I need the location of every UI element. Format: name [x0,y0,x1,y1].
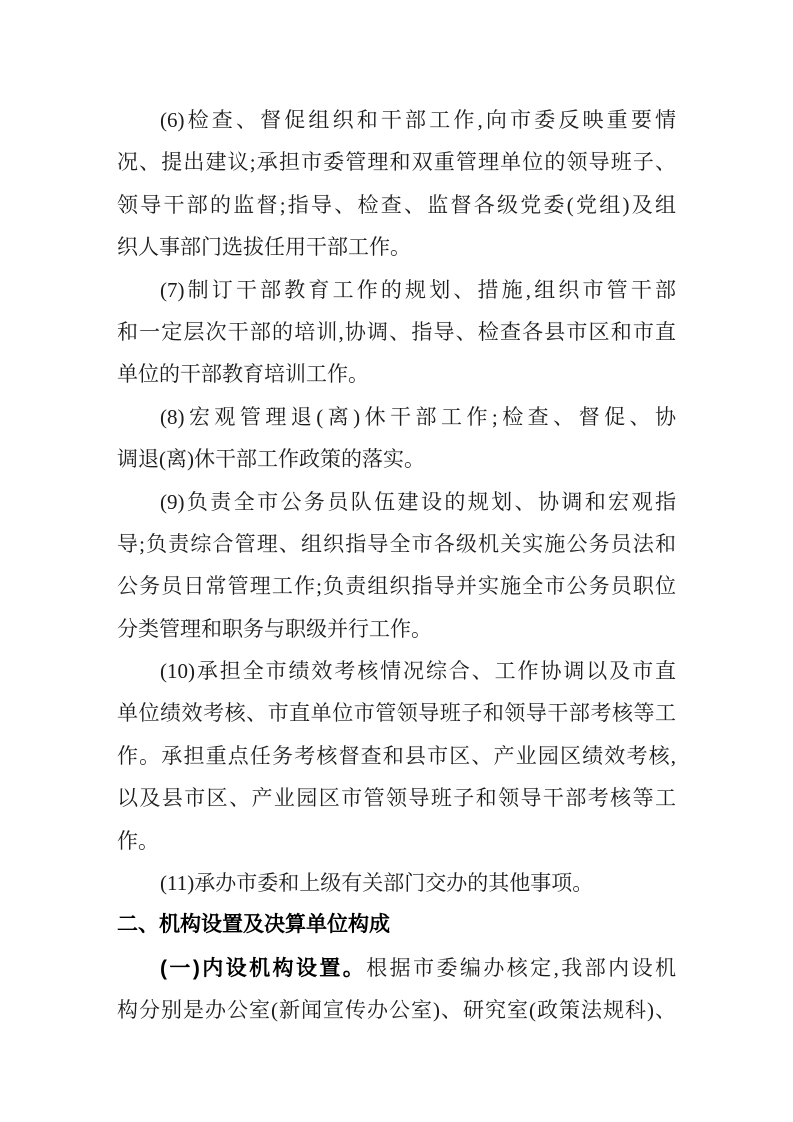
body-text: (7)制订干部教育工作的规划、措施,组织市管干部 [160,278,676,302]
text-line: 领导干部的监督;指导、检查、监督各级党委(党组)及组 [117,184,676,226]
paragraph-item-9: (9)负责全市公务员队伍建设的规划、协调和宏观指导;负责综合管理、组织指导全市各… [117,481,676,651]
body-text: 织人事部门选拔任用干部工作。 [117,235,411,259]
body-text: 根据市委编办核定,我部内设机 [366,956,676,980]
text-line: (7)制订干部教育工作的规划、措施,组织市管干部 [117,269,676,311]
text-line: 以及县市区、产业园区市管领导班子和领导干部考核等工 [117,777,676,819]
text-line: 构分别是办公室(新闻宣传办公室)、研究室(政策法规科)、 [117,989,676,1031]
text-line: 调退(离)休干部工作政策的落实。 [117,438,676,480]
text-line: 导;负责综合管理、组织指导全市各级机关实施公务员法和 [117,523,676,565]
paragraph-item-11: (11)承办市委和上级有关部门交办的其他事项。 [117,862,676,904]
paragraph-item-7: (7)制订干部教育工作的规划、措施,组织市管干部和一定层次干部的培训,协调、指导… [117,269,676,396]
body-text: 公务员日常管理工作;负责组织指导并实施全市公务员职位 [117,574,676,598]
text-line: (6)检查、督促组织和干部工作,向市委反映重要情 [117,99,676,141]
body-text: 构分别是办公室(新闻宣传办公室)、研究室(政策法规科)、 [117,998,676,1022]
paragraph-item-8: (8)宏观管理退(离)休干部工作;检查、督促、协调退(离)休干部工作政策的落实。 [117,396,676,481]
body-text: 单位绩效考核、市直单位市管领导班子和领导干部考核等工 [117,701,676,725]
section-heading-2: 二、机构设置及决算单位构成 [117,904,676,946]
paragraph-item-10: (10)承担全市绩效考核情况综合、工作协调以及市直单位绩效考核、市直单位市管领导… [117,650,676,862]
body-text: (11)承办市委和上级有关部门交办的其他事项。 [160,871,593,895]
body-text: 作。承担重点任务考核督查和县市区、产业园区绩效考核, [117,744,676,768]
text-line: 公务员日常管理工作;负责组织指导并实施全市公务员职位 [117,565,676,607]
body-text: 况、提出建议;承担市委管理和双重管理单位的领导班子、 [117,150,676,174]
document-page: (6)检查、督促组织和干部工作,向市委反映重要情况、提出建议;承担市委管理和双重… [0,0,793,1122]
text-line: (8)宏观管理退(离)休干部工作;检查、督促、协 [117,396,676,438]
text-line: (11)承办市委和上级有关部门交办的其他事项。 [117,862,676,904]
body-text: (9)负责全市公务员队伍建设的规划、协调和宏观指 [160,490,676,514]
text-line: (10)承担全市绩效考核情况综合、工作协调以及市直 [117,650,676,692]
body-text: 调退(离)休干部工作政策的落实。 [117,447,425,471]
paragraph-item-6: (6)检查、督促组织和干部工作,向市委反映重要情况、提出建议;承担市委管理和双重… [117,99,676,269]
paragraph-section-2-1: (一)内设机构设置。根据市委编办核定,我部内设机构分别是办公室(新闻宣传办公室)… [117,947,676,1032]
text-line: (9)负责全市公务员队伍建设的规划、协调和宏观指 [117,481,676,523]
body-text: 作。 [117,829,159,853]
bold-text: 二、机构设置及决算单位构成 [117,913,390,936]
bold-text: (一)内设机构设置。 [160,957,366,980]
text-line: 织人事部门选拔任用干部工作。 [117,226,676,268]
text-line: 二、机构设置及决算单位构成 [117,904,676,946]
text-line: 分类管理和职务与职级并行工作。 [117,608,676,650]
document-body: (6)检查、督促组织和干部工作,向市委反映重要情况、提出建议;承担市委管理和双重… [117,99,676,1032]
body-text: 以及县市区、产业园区市管领导班子和领导干部考核等工 [117,786,676,810]
text-line: 单位绩效考核、市直单位市管领导班子和领导干部考核等工 [117,692,676,734]
body-text: 和一定层次干部的培训,协调、指导、检查各县市区和市直 [117,320,676,344]
text-line: 作。承担重点任务考核督查和县市区、产业园区绩效考核, [117,735,676,777]
body-text: 领导干部的监督;指导、检查、监督各级党委(党组)及组 [117,193,676,217]
body-text: 分类管理和职务与职级并行工作。 [117,617,432,641]
body-text: 导;负责综合管理、组织指导全市各级机关实施公务员法和 [117,532,676,556]
body-text: (8)宏观管理退(离)休干部工作;检查、督促、协 [160,405,676,429]
text-line: 作。 [117,820,676,862]
text-line: 况、提出建议;承担市委管理和双重管理单位的领导班子、 [117,141,676,183]
body-text: (10)承担全市绩效考核情况综合、工作协调以及市直 [160,659,676,683]
body-text: (6)检查、督促组织和干部工作,向市委反映重要情 [160,108,676,132]
body-text: 单位的干部教育培训工作。 [117,362,369,386]
text-line: (一)内设机构设置。根据市委编办核定,我部内设机 [117,947,676,989]
text-line: 和一定层次干部的培训,协调、指导、检查各县市区和市直 [117,311,676,353]
text-line: 单位的干部教育培训工作。 [117,353,676,395]
